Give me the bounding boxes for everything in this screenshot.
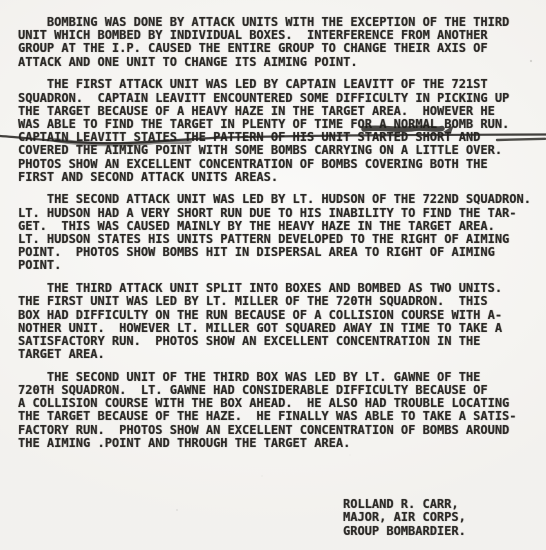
text-line: COVERED THE AIMING POINT WITH SOME BOMBS…: [18, 144, 542, 157]
paragraph-second-attack-unit: THE SECOND ATTACK UNIT WAS LED BY LT. HU…: [18, 193, 542, 272]
paragraph-third-attack-unit-second-box: THE SECOND UNIT OF THE THIRD BOX WAS LED…: [18, 371, 542, 450]
paragraph-bombing-summary: BOMBING WAS DONE BY ATTACK UNITS WITH TH…: [18, 16, 542, 69]
text-line: LT. HUDSON HAD A VERY SHORT RUN DUE TO H…: [18, 207, 542, 220]
signature-title: GROUP BOMBARDIER.: [343, 525, 542, 538]
paragraph-third-attack-unit-first-box: THE THIRD ATTACK UNIT SPLIT INTO BOXES A…: [18, 282, 542, 361]
text-line: THE TARGET BECAUSE OF A HEAVY HAZE IN TH…: [18, 105, 542, 118]
text-line: THE FIRST UNIT WAS LED BY LT. MILLER OF …: [18, 295, 542, 308]
text-line: BOX HAD DIFFICULTY ON THE RUN BECAUSE OF…: [18, 309, 542, 322]
text-line: THE SECOND ATTACK UNIT WAS LED BY LT. HU…: [18, 193, 542, 206]
text-line: FACTORY RUN. PHOTOS SHOW AN EXCELLENT CO…: [18, 424, 542, 437]
text-line: THE AIMING .POINT AND THROUGH THE TARGET…: [18, 437, 542, 450]
text-line: FIRST AND SECOND ATTACK UNITS AREAS.: [18, 171, 542, 184]
text-line: PHOTOS SHOW AN EXCELLENT CONCENTRATION O…: [18, 158, 542, 171]
paragraph-first-attack-unit: THE FIRST ATTACK UNIT WAS LED BY CAPTAIN…: [18, 78, 542, 184]
text-line: THE TARGET BECAUSE OF THE HAZE. HE FINAL…: [18, 410, 542, 423]
text-line: SQUADRON. CAPTAIN LEAVITT ENCOUNTERED SO…: [18, 92, 542, 105]
text-line: THE FIRST ATTACK UNIT WAS LED BY CAPTAIN…: [18, 78, 542, 91]
text-line: POINT. PHOTOS SHOW BOMBS HIT IN DISPERSA…: [18, 246, 542, 259]
document-body: BOMBING WAS DONE BY ATTACK UNITS WITH TH…: [18, 16, 542, 538]
text-line: NOTHER UNIT. HOWEVER LT. MILLER GOT SQUA…: [18, 322, 542, 335]
text-line: TARGET AREA.: [18, 348, 542, 361]
text-line: GROUP AT THE I.P. CAUSED THE ENTIRE GROU…: [18, 42, 542, 55]
scanned-document-page: BOMBING WAS DONE BY ATTACK UNITS WITH TH…: [0, 0, 546, 550]
signature-block: ROLLAND R. CARR, MAJOR, AIR CORPS, GROUP…: [343, 498, 542, 538]
signature-rank: MAJOR, AIR CORPS,: [343, 511, 542, 524]
text-line: POINT.: [18, 259, 542, 272]
text-line: ATTACK AND ONE UNIT TO CHANGE ITS AIMING…: [18, 56, 542, 69]
